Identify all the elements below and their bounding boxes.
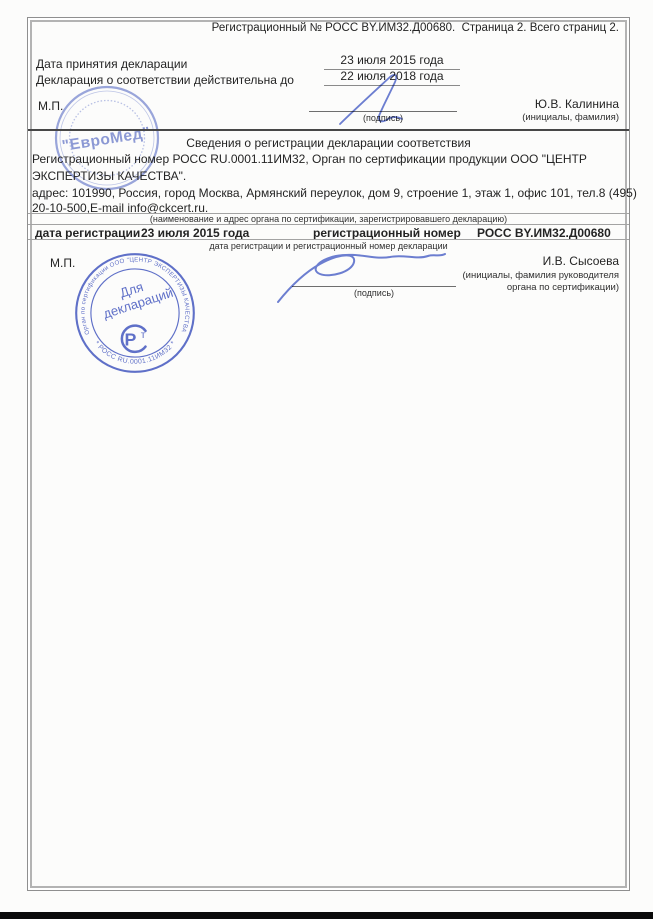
acceptance-date-label: Дата принятия декларации: [36, 57, 187, 71]
section-divider: [28, 129, 629, 131]
reg-date-value: 23 июля 2015 года: [141, 226, 249, 240]
signer-caption-kalinina: (инициалы, фамилия): [522, 112, 619, 124]
signature-sysoeva: [272, 244, 452, 306]
registration-address-line1: адрес: 101990, Россия, город Москва, Арм…: [32, 186, 637, 200]
page-header-registration-line: Регистрационный № РОСС BY.ИМ32.Д00680. С…: [212, 22, 619, 34]
rst-logo-letter-p: Р: [125, 330, 137, 350]
registration-section-title: Сведения о регистрации декларации соотве…: [28, 136, 629, 150]
rst-logo-icon: Р т: [122, 326, 146, 352]
reg-caption-rule: [28, 239, 629, 240]
registration-org-line1: Регистрационный номер РОСС RU.0001.11ИМ3…: [32, 152, 587, 166]
signature-kalinina: [332, 70, 427, 128]
signer-caption-sysoeva-line1: (инициалы, фамилия руководителя: [462, 270, 619, 282]
document-scan: Регистрационный № РОСС BY.ИМ32.Д00680. С…: [0, 0, 653, 919]
reg-date-label: дата регистрации: [35, 226, 140, 240]
scan-edge-artifact: [0, 912, 653, 919]
reg-number-label: регистрационный номер: [313, 226, 461, 240]
certification-body-stamp: Орган по сертификации ООО "ЦЕНТР ЭКСПЕРТ…: [72, 250, 198, 376]
signer-name-sysoeva: И.В. Сысоева: [543, 254, 619, 268]
rst-logo-letter-t: т: [141, 329, 146, 341]
reg-number-value: РОСС BY.ИМ32.Д00680: [477, 226, 611, 240]
signer-caption-sysoeva-line2: органа по сертификации): [462, 282, 619, 294]
org-caption-rule-bottom: [28, 224, 629, 225]
acceptance-date-value: 23 июля 2015 года: [324, 53, 460, 70]
registration-org-line2: ЭКСПЕРТИЗЫ КАЧЕСТВА".: [32, 169, 186, 183]
signer-name-kalinina: Ю.В. Калинина: [535, 97, 619, 111]
signer-caption-sysoeva: (инициалы, фамилия руководителя органа п…: [462, 270, 619, 294]
